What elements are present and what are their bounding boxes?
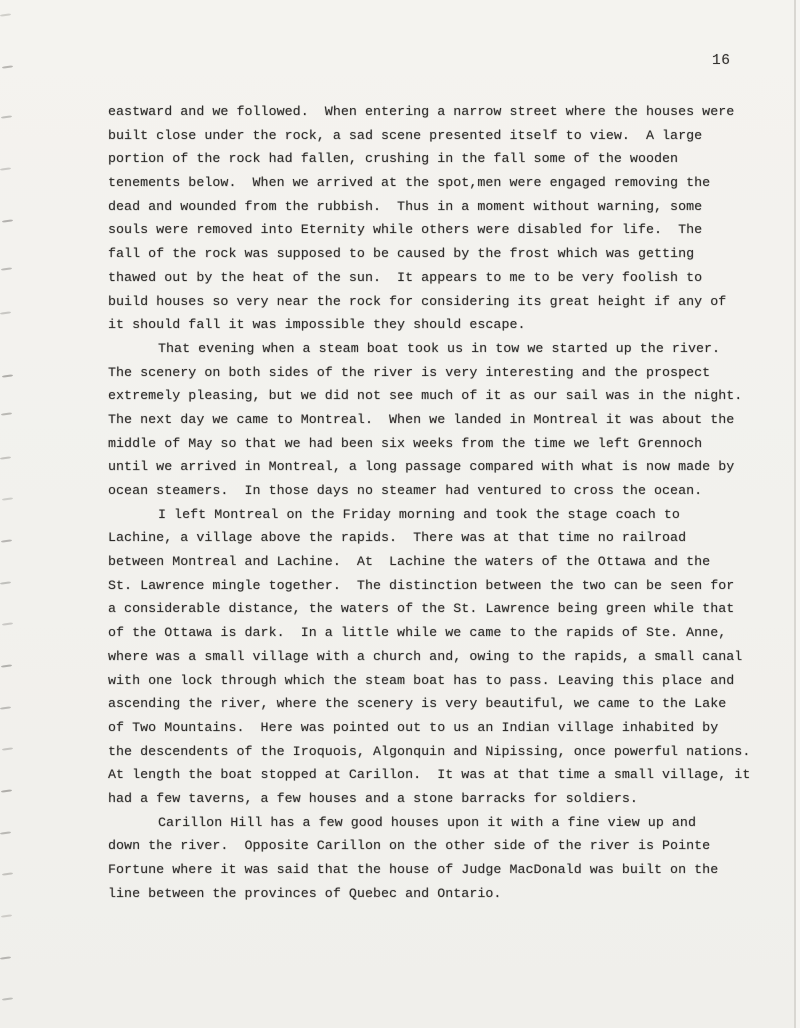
text-line: it should fall it was impossible they sh… — [108, 313, 768, 337]
text-line: line between the provinces of Quebec and… — [108, 882, 768, 906]
text-line: Fortune where it was said that the house… — [108, 858, 768, 882]
edge-mark-icon — [1, 412, 12, 415]
edge-mark-icon — [2, 65, 13, 68]
text-line: had a few taverns, a few houses and a st… — [108, 787, 768, 811]
text-line: I left Montreal on the Friday morning an… — [108, 503, 768, 527]
edge-mark-icon — [2, 997, 13, 1000]
paragraph: That evening when a steam boat took us i… — [108, 337, 768, 503]
scan-edge-strip — [796, 0, 800, 1028]
edge-mark-icon — [2, 219, 13, 222]
text-line: tenements below. When we arrived at the … — [108, 171, 768, 195]
text-line: St. Lawrence mingle together. The distin… — [108, 574, 768, 598]
text-line: middle of May so that we had been six we… — [108, 432, 768, 456]
text-line: That evening when a steam boat took us i… — [108, 337, 768, 361]
paragraph: eastward and we followed. When entering … — [108, 100, 768, 337]
paragraph: Carillon Hill has a few good houses upon… — [108, 811, 768, 906]
text-line: of the Ottawa is dark. In a little while… — [108, 621, 768, 645]
text-line: souls were removed into Eternity while o… — [108, 218, 768, 242]
text-line: portion of the rock had fallen, crushing… — [108, 147, 768, 171]
text-line: thawed out by the heat of the sun. It ap… — [108, 266, 768, 290]
text-line: of Two Mountains. Here was pointed out t… — [108, 716, 768, 740]
text-line: At length the boat stopped at Carillon. … — [108, 763, 768, 787]
text-line: until we arrived in Montreal, a long pas… — [108, 455, 768, 479]
edge-mark-icon — [2, 497, 13, 500]
text-line: dead and wounded from the rubbish. Thus … — [108, 195, 768, 219]
paragraph: I left Montreal on the Friday morning an… — [108, 503, 768, 811]
binding-edge-marks — [0, 0, 20, 1028]
edge-mark-icon — [0, 13, 11, 16]
edge-mark-icon — [2, 622, 13, 625]
edge-mark-icon — [0, 167, 11, 170]
edge-mark-icon — [1, 664, 12, 667]
text-line: fall of the rock was supposed to be caus… — [108, 242, 768, 266]
edge-mark-icon — [1, 115, 12, 118]
text-line: between Montreal and Lachine. At Lachine… — [108, 550, 768, 574]
edge-mark-icon — [1, 789, 12, 792]
text-line: build houses so very near the rock for c… — [108, 290, 768, 314]
edge-mark-icon — [0, 456, 11, 459]
edge-mark-icon — [2, 747, 13, 750]
text-line: ascending the river, where the scenery i… — [108, 692, 768, 716]
scan-edge-line-icon — [794, 0, 796, 1028]
text-line: built close under the rock, a sad scene … — [108, 124, 768, 148]
text-line: The next day we came to Montreal. When w… — [108, 408, 768, 432]
edge-mark-icon — [0, 706, 11, 709]
edge-mark-icon — [1, 267, 12, 270]
page-text: eastward and we followed. When entering … — [108, 100, 768, 905]
edge-mark-icon — [2, 872, 13, 875]
text-line: the descendents of the Iroquois, Algonqu… — [108, 740, 768, 764]
text-line: with one lock through which the steam bo… — [108, 669, 768, 693]
edge-mark-icon — [0, 831, 11, 834]
text-line: The scenery on both sides of the river i… — [108, 361, 768, 385]
text-line: where was a small village with a church … — [108, 645, 768, 669]
text-line: Lachine, a village above the rapids. The… — [108, 526, 768, 550]
edge-mark-icon — [0, 311, 11, 314]
text-line: ocean steamers. In those days no steamer… — [108, 479, 768, 503]
text-line: Carillon Hill has a few good houses upon… — [108, 811, 768, 835]
edge-mark-icon — [0, 956, 11, 959]
text-line: extremely pleasing, but we did not see m… — [108, 384, 768, 408]
edge-mark-icon — [1, 539, 12, 542]
edge-mark-icon — [2, 374, 13, 377]
text-line: down the river. Opposite Carillon on the… — [108, 834, 768, 858]
text-line: a considerable distance, the waters of t… — [108, 597, 768, 621]
scanned-page: 16 eastward and we followed. When enteri… — [0, 0, 800, 1028]
text-line: eastward and we followed. When entering … — [108, 100, 768, 124]
edge-mark-icon — [1, 914, 12, 917]
page-number: 16 — [712, 53, 730, 69]
edge-mark-icon — [0, 581, 11, 584]
